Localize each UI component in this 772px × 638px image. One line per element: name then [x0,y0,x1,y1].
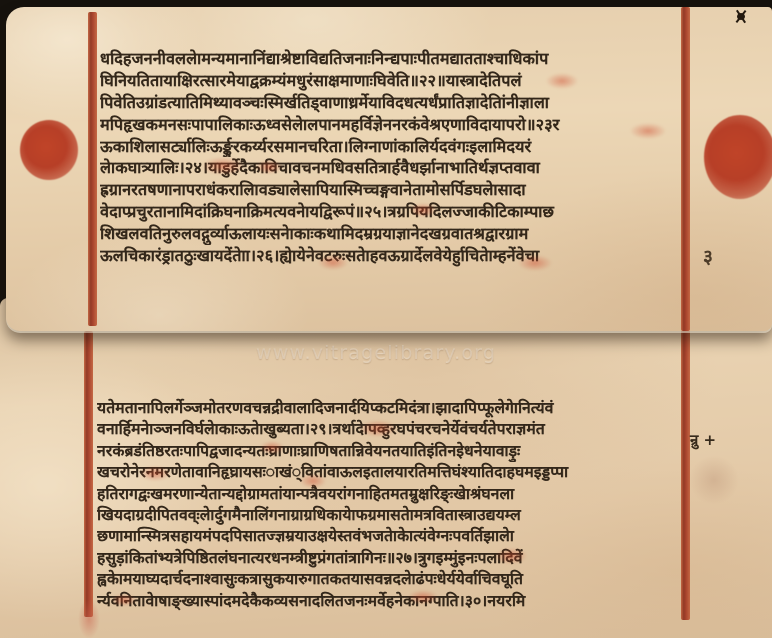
text-line: खियदाग्रदीपितवव्ःलेार्दुगमैनालिंगनाग्राग… [97,505,679,526]
text-line: लेाकघात्र्यालिः।२४।याडुर्हेदैकाविचावचनमध… [100,157,680,179]
text-line: धदिहजननीवललेामन्यमानानिंद्याश्रेष्टाविद्… [100,48,680,70]
red-margin-rule-left [84,331,93,617]
red-margin-rule-right [681,298,690,620]
red-margin-rule-left [88,12,97,326]
text-line: ह्वकेामयाघ्यदार्चदनाश्वासुःकत्रासुकयारुग… [97,569,679,590]
text-line: पिवेतिउग्रांडत्यातिमिथ्यावञ्चःस्मिर्खतिड… [100,92,680,114]
text-line: मपिहृखकमनसःपापालिकाःऊध्वसेलेालपानमहर्विज… [100,114,680,136]
text-line: यतेमतानापिलर्गेञ्जमोतरणवचन्नद्रीवालादिजन… [97,398,679,419]
folio-number: ३ [703,243,713,269]
text-line: नरकंब्रडंतिष्ठरतःपापिद्वजादन्यतःघ्राणाःघ… [97,441,679,462]
text-line: छणामान्स्मित्रसहायमंपदपिसातज्ज्ञम्रयाउक्… [97,526,679,547]
text-line: र्न्यवनितावेाषाङ्ख्यास्पांदमदेकैकव्यसनाद… [97,591,679,612]
text-line: ह्रग्रानरतषणानापराधंकरालिावड्यालेसापियास… [100,179,680,201]
manuscript-photo: यतेमतानापिलर्गेञ्जमोतरणवचन्नद्रीवालादिजन… [0,0,772,638]
text-line: ऊकाशिलासर्ट्यालिःऊर्ङ्कुरकर्य्यरसमानचरित… [100,136,680,158]
top-folio-text: धदिहजननीवललेामन्यमानानिंद्याश्रेष्टाविद्… [100,48,680,267]
text-line: शिखलवतिनुरुलवद्गुर्व्याऊलायःसनेाकाःकथामि… [100,223,680,245]
text-line: खचरोनेरनमरणेतावानिहृघ्रायसःाखं्वितांवाऊल… [97,462,679,483]
top-folio: धदिहजननीवललेामन्यमानानिंद्याश्रेष्टाविद्… [6,7,772,331]
vermillion-seal [20,120,78,180]
watermark: www.vitragelibrary.org [256,342,496,364]
margin-annotation: न्रु + [690,430,716,450]
text-line: घिनियतितायाक्षिरत्सारमेयाद्वक्रम्यंमधुरं… [100,70,680,92]
vermillion-seal [704,115,772,199]
bottom-folio-text: यतेमतानापिलर्गेञ्जमोतरणवचन्नद्रीवालादिजन… [97,398,679,612]
text-line: वेदाप्प्रचुरतानामिदांक्रिघनाक्रिमत्यवनेा… [100,201,680,223]
text-line: ऊलचिकारंड्रातठुःखायदेंतेाा।२६।ह्येायेनेव… [100,245,680,267]
text-line: हतिरागद्वःखमरणान्येतान्यद्दोग्रामतांयान्… [97,484,679,505]
text-line: वनार्हिमनेाञ्जनविर्घलेाकाःऊतेाखुब्यता।२९… [97,419,679,440]
text-line: हसुड़ांकितांभ्यत्रेपिष्ठितलंघनात्यरधनम्त… [97,548,679,569]
red-margin-rule-right [681,7,690,331]
insect-ink-blot [734,9,748,24]
margin-stain [688,456,740,504]
